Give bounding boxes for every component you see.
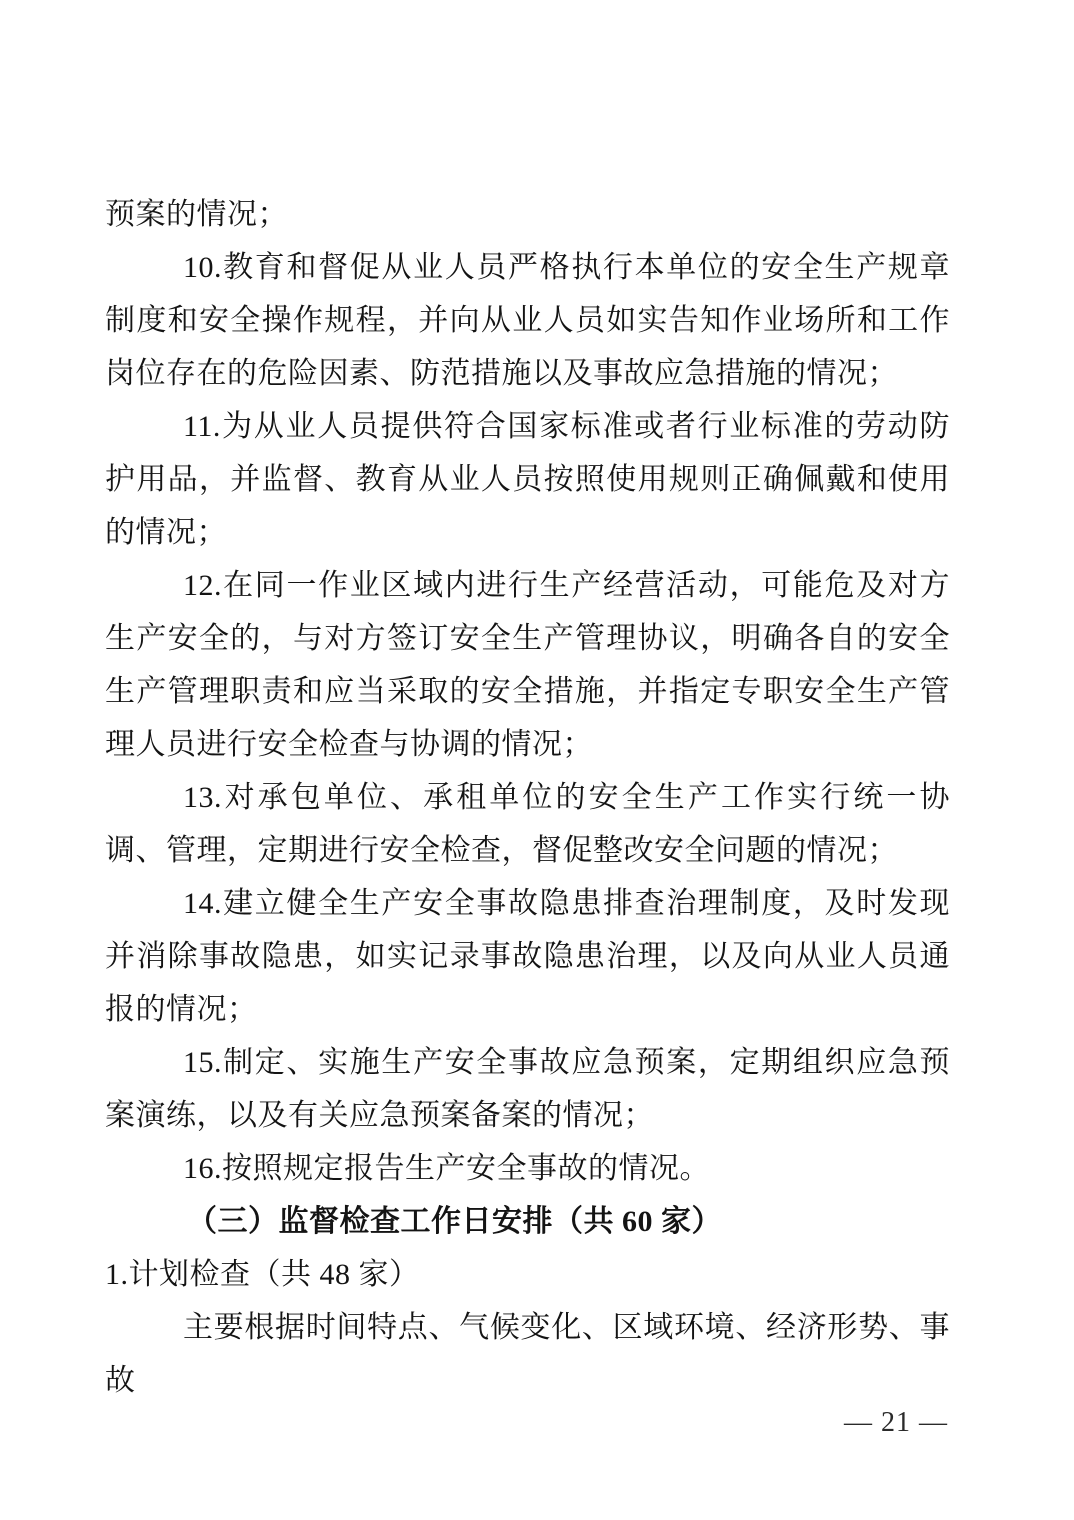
list-item-10: 10.教育和督促从业人员严格执行本单位的安全生产规章制度和安全操作规程，并向从业…	[105, 241, 950, 400]
page-content: 预案的情况； 10.教育和督促从业人员严格执行本单位的安全生产规章制度和安全操作…	[105, 188, 950, 1407]
paragraph-body-last: 主要根据时间特点、气候变化、区域环境、经济形势、事故	[105, 1301, 950, 1407]
list-item-13: 13.对承包单位、承租单位的安全生产工作实行统一协调、管理，定期进行安全检查，督…	[105, 771, 950, 877]
list-item-12: 12.在同一作业区域内进行生产经营活动，可能危及对方生产安全的，与对方签订安全生…	[105, 559, 950, 771]
page-number: — 21 —	[844, 1406, 948, 1440]
list-item-16: 16.按照规定报告生产安全事故的情况。	[105, 1142, 950, 1195]
list-item-15: 15.制定、实施生产安全事故应急预案，定期组织应急预案演练，以及有关应急预案备案…	[105, 1036, 950, 1142]
list-item-14: 14.建立健全生产安全事故隐患排查治理制度，及时发现并消除事故隐患，如实记录事故…	[105, 877, 950, 1036]
document-page: 预案的情况； 10.教育和督促从业人员严格执行本单位的安全生产规章制度和安全操作…	[0, 0, 1074, 1520]
paragraph-continuation: 预案的情况；	[105, 188, 950, 241]
list-item-11: 11.为从业人员提供符合国家标准或者行业标准的劳动防护用品，并监督、教育从业人员…	[105, 400, 950, 559]
section-heading-3: （三）监督检查工作日安排（共 60 家）	[105, 1195, 950, 1248]
sub-heading-planned-inspection: 1.计划检查（共 48 家）	[105, 1248, 950, 1301]
